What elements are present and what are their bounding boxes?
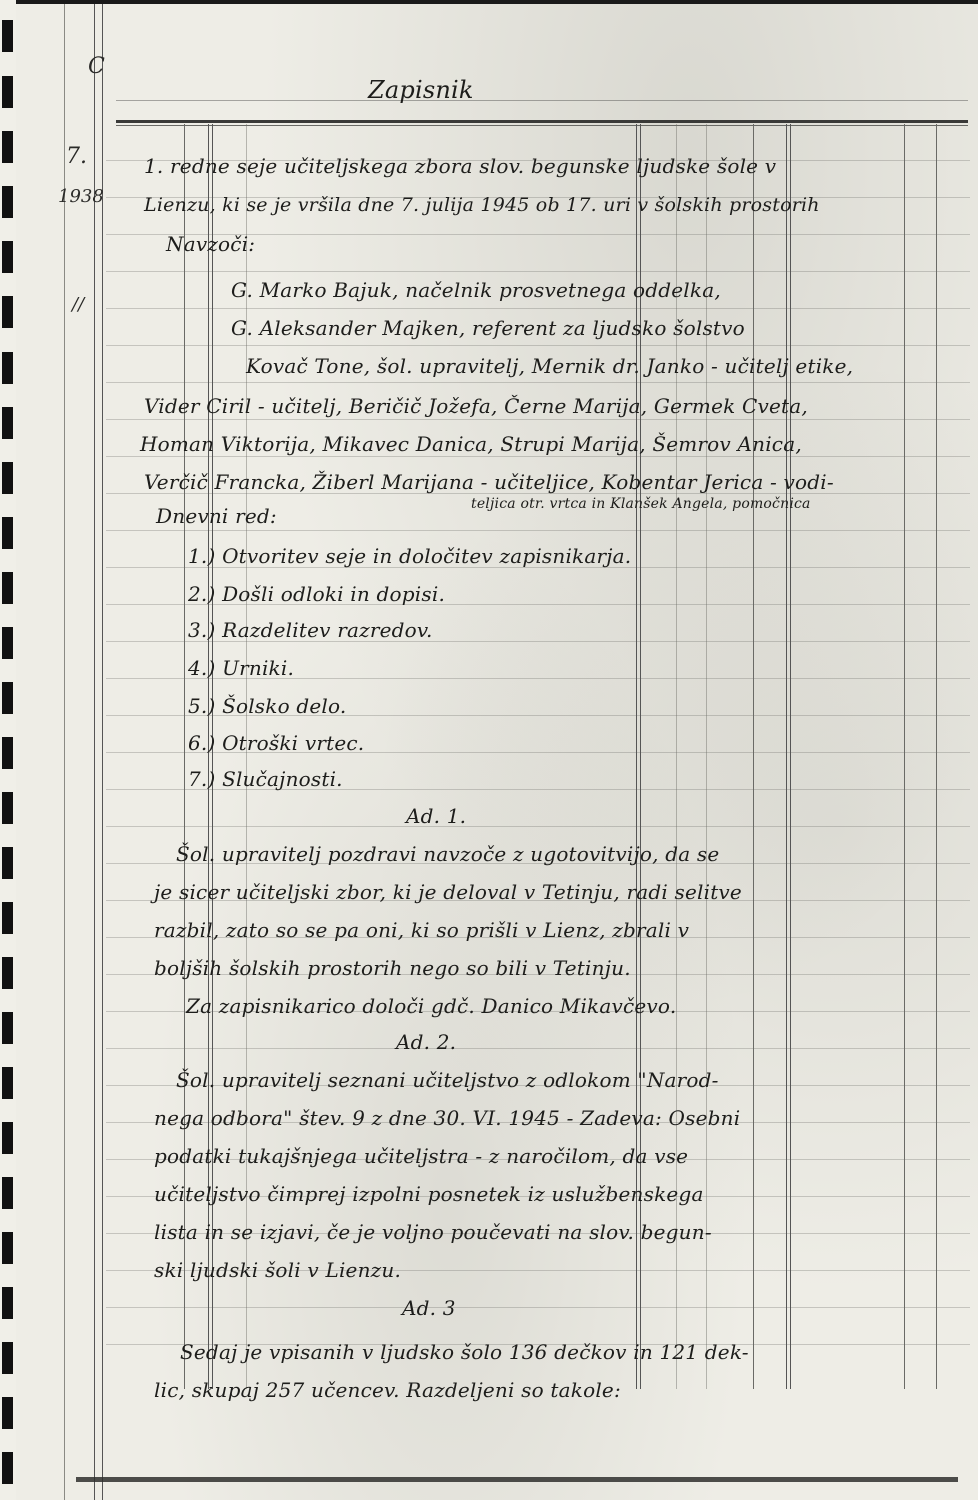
section-line: lista in se izjavi, če je voljno poučeva… [154,1220,712,1244]
perforation [2,517,13,549]
heading-line: 1. redne seje učiteljskega zbora slov. b… [144,154,776,178]
perforation [2,682,13,714]
header-rule [116,120,968,123]
perforation [2,1397,13,1429]
agenda-item: 5.) Šolsko delo. [188,694,346,718]
agenda-num: 2.) [188,582,216,606]
ledger-page: C 7. 1938 // Zapisnik 1. redne seje učit… [16,4,978,1500]
perforation [2,792,13,824]
film-perforation-strip [0,0,16,1500]
title-rule [116,100,968,101]
column-line [753,124,754,1389]
agenda-item: 2.) Došli odloki in dopisi. [188,582,445,606]
margin-note-mark: // [72,294,84,315]
present-line: teljica otr. vrtca in Klanšek Angela, po… [471,496,811,512]
perforation [2,1287,13,1319]
section-heading: Ad. 3 [402,1296,456,1320]
agenda-num: 4.) [188,656,216,680]
margin-line [94,4,95,1500]
section-line: Za zapisnikarico določi gdč. Danico Mika… [186,994,676,1018]
present-line: G. Marko Bajuk, načelnik prosvetnega odd… [231,278,721,302]
agenda-text: Razdelitev razredov. [222,618,432,642]
present-line: Verčič Francka, Žiberl Marijana - učitel… [144,470,834,494]
agenda-text: Slučajnosti. [222,767,343,791]
heading-line: Lienzu, ki se je vršila dne 7. julija 19… [144,194,820,216]
agenda-num: 3.) [188,618,216,642]
perforation [2,131,13,163]
perforation [2,572,13,604]
margin-line [64,4,65,1500]
perforation [2,1122,13,1154]
agenda-item: 3.) Razdelitev razredov. [188,618,433,642]
column-line [786,124,791,1389]
column-line [706,124,707,1389]
perforation [2,1452,13,1484]
section-heading: Ad. 1. [406,804,466,828]
section-line: razbil, zato so se pa oni, ki so prišli … [154,918,689,942]
section-line: nega odbora" štev. 9 z dne 30. VI. 1945 … [154,1106,740,1130]
perforation [2,352,13,384]
agenda-num: 7.) [188,767,216,791]
present-line: G. Aleksander Majken, referent za ljudsk… [231,316,745,340]
section-line: je sicer učiteljski zbor, ki je deloval … [154,880,742,904]
perforation [2,186,13,218]
section-line: boljših šolskih prostorih nego so bili v… [154,956,631,980]
agenda-text: Došli odloki in dopisi. [222,582,445,606]
perforation [2,627,13,659]
present-label: Navzoči: [166,232,255,256]
agenda-num: 1.) [188,544,216,568]
agenda-item: 4.) Urniki. [188,656,294,680]
agenda-text: Otvoritev seje in določitev zapisnikarja… [222,544,631,568]
agenda-item: 1.) Otvoritev seje in določitev zapisnik… [188,544,631,568]
perforation [2,902,13,934]
perforation [2,1067,13,1099]
perforation [2,20,13,52]
present-line: Kovač Tone, šol. upravitelj, Mernik dr. … [246,354,853,378]
margin-note-number: 7. [66,144,87,169]
section-line: učiteljstvo čimprej izpolni posnetek iz … [154,1182,704,1206]
column-line [936,124,937,1389]
section-heading: Ad. 2. [396,1030,456,1054]
section-line: lic, skupaj 257 učencev. Razdeljeni so t… [154,1378,621,1402]
section-line: podatki tukajšnjega učiteljstra - z naro… [154,1144,688,1168]
present-line: Homan Viktorija, Mikavec Danica, Strupi … [140,432,802,456]
perforation [2,296,13,328]
section-line: Sedaj je vpisanih v ljudsko šolo 136 deč… [180,1340,749,1364]
section-line: ski ljudski šoli v Lienzu. [154,1258,401,1282]
agenda-num: 5.) [188,694,216,718]
perforation [2,1012,13,1044]
agenda-text: Šolsko delo. [222,694,346,718]
agenda-item: 7.) Slučajnosti. [188,767,343,791]
perforation [2,462,13,494]
section-line: Šol. upravitelj seznani učiteljstvo z od… [176,1068,719,1092]
column-line [904,124,905,1389]
perforation [2,1342,13,1374]
margin-line [102,4,103,1500]
perforation [2,241,13,273]
agenda-text: Otroški vrtec. [222,731,364,755]
bottom-rule [76,1477,958,1482]
margin-note-letter: C [88,54,105,79]
perforation [2,957,13,989]
agenda-num: 6.) [188,731,216,755]
perforation [2,1232,13,1264]
perforation [2,1177,13,1209]
agenda-item: 6.) Otroški vrtec. [188,731,364,755]
present-line: Vider Ciril - učitelj, Beričič Jožefa, Č… [144,394,808,418]
agenda-text: Urniki. [222,656,294,680]
perforation [2,847,13,879]
section-line: Šol. upravitelj pozdravi navzoče z ugoto… [176,842,719,866]
perforation [2,76,13,108]
perforation [2,737,13,769]
perforation [2,407,13,439]
margin-note-year: 1938 [58,186,104,207]
page-title: Zapisnik [368,76,474,104]
agenda-label: Dnevni red: [156,504,277,528]
